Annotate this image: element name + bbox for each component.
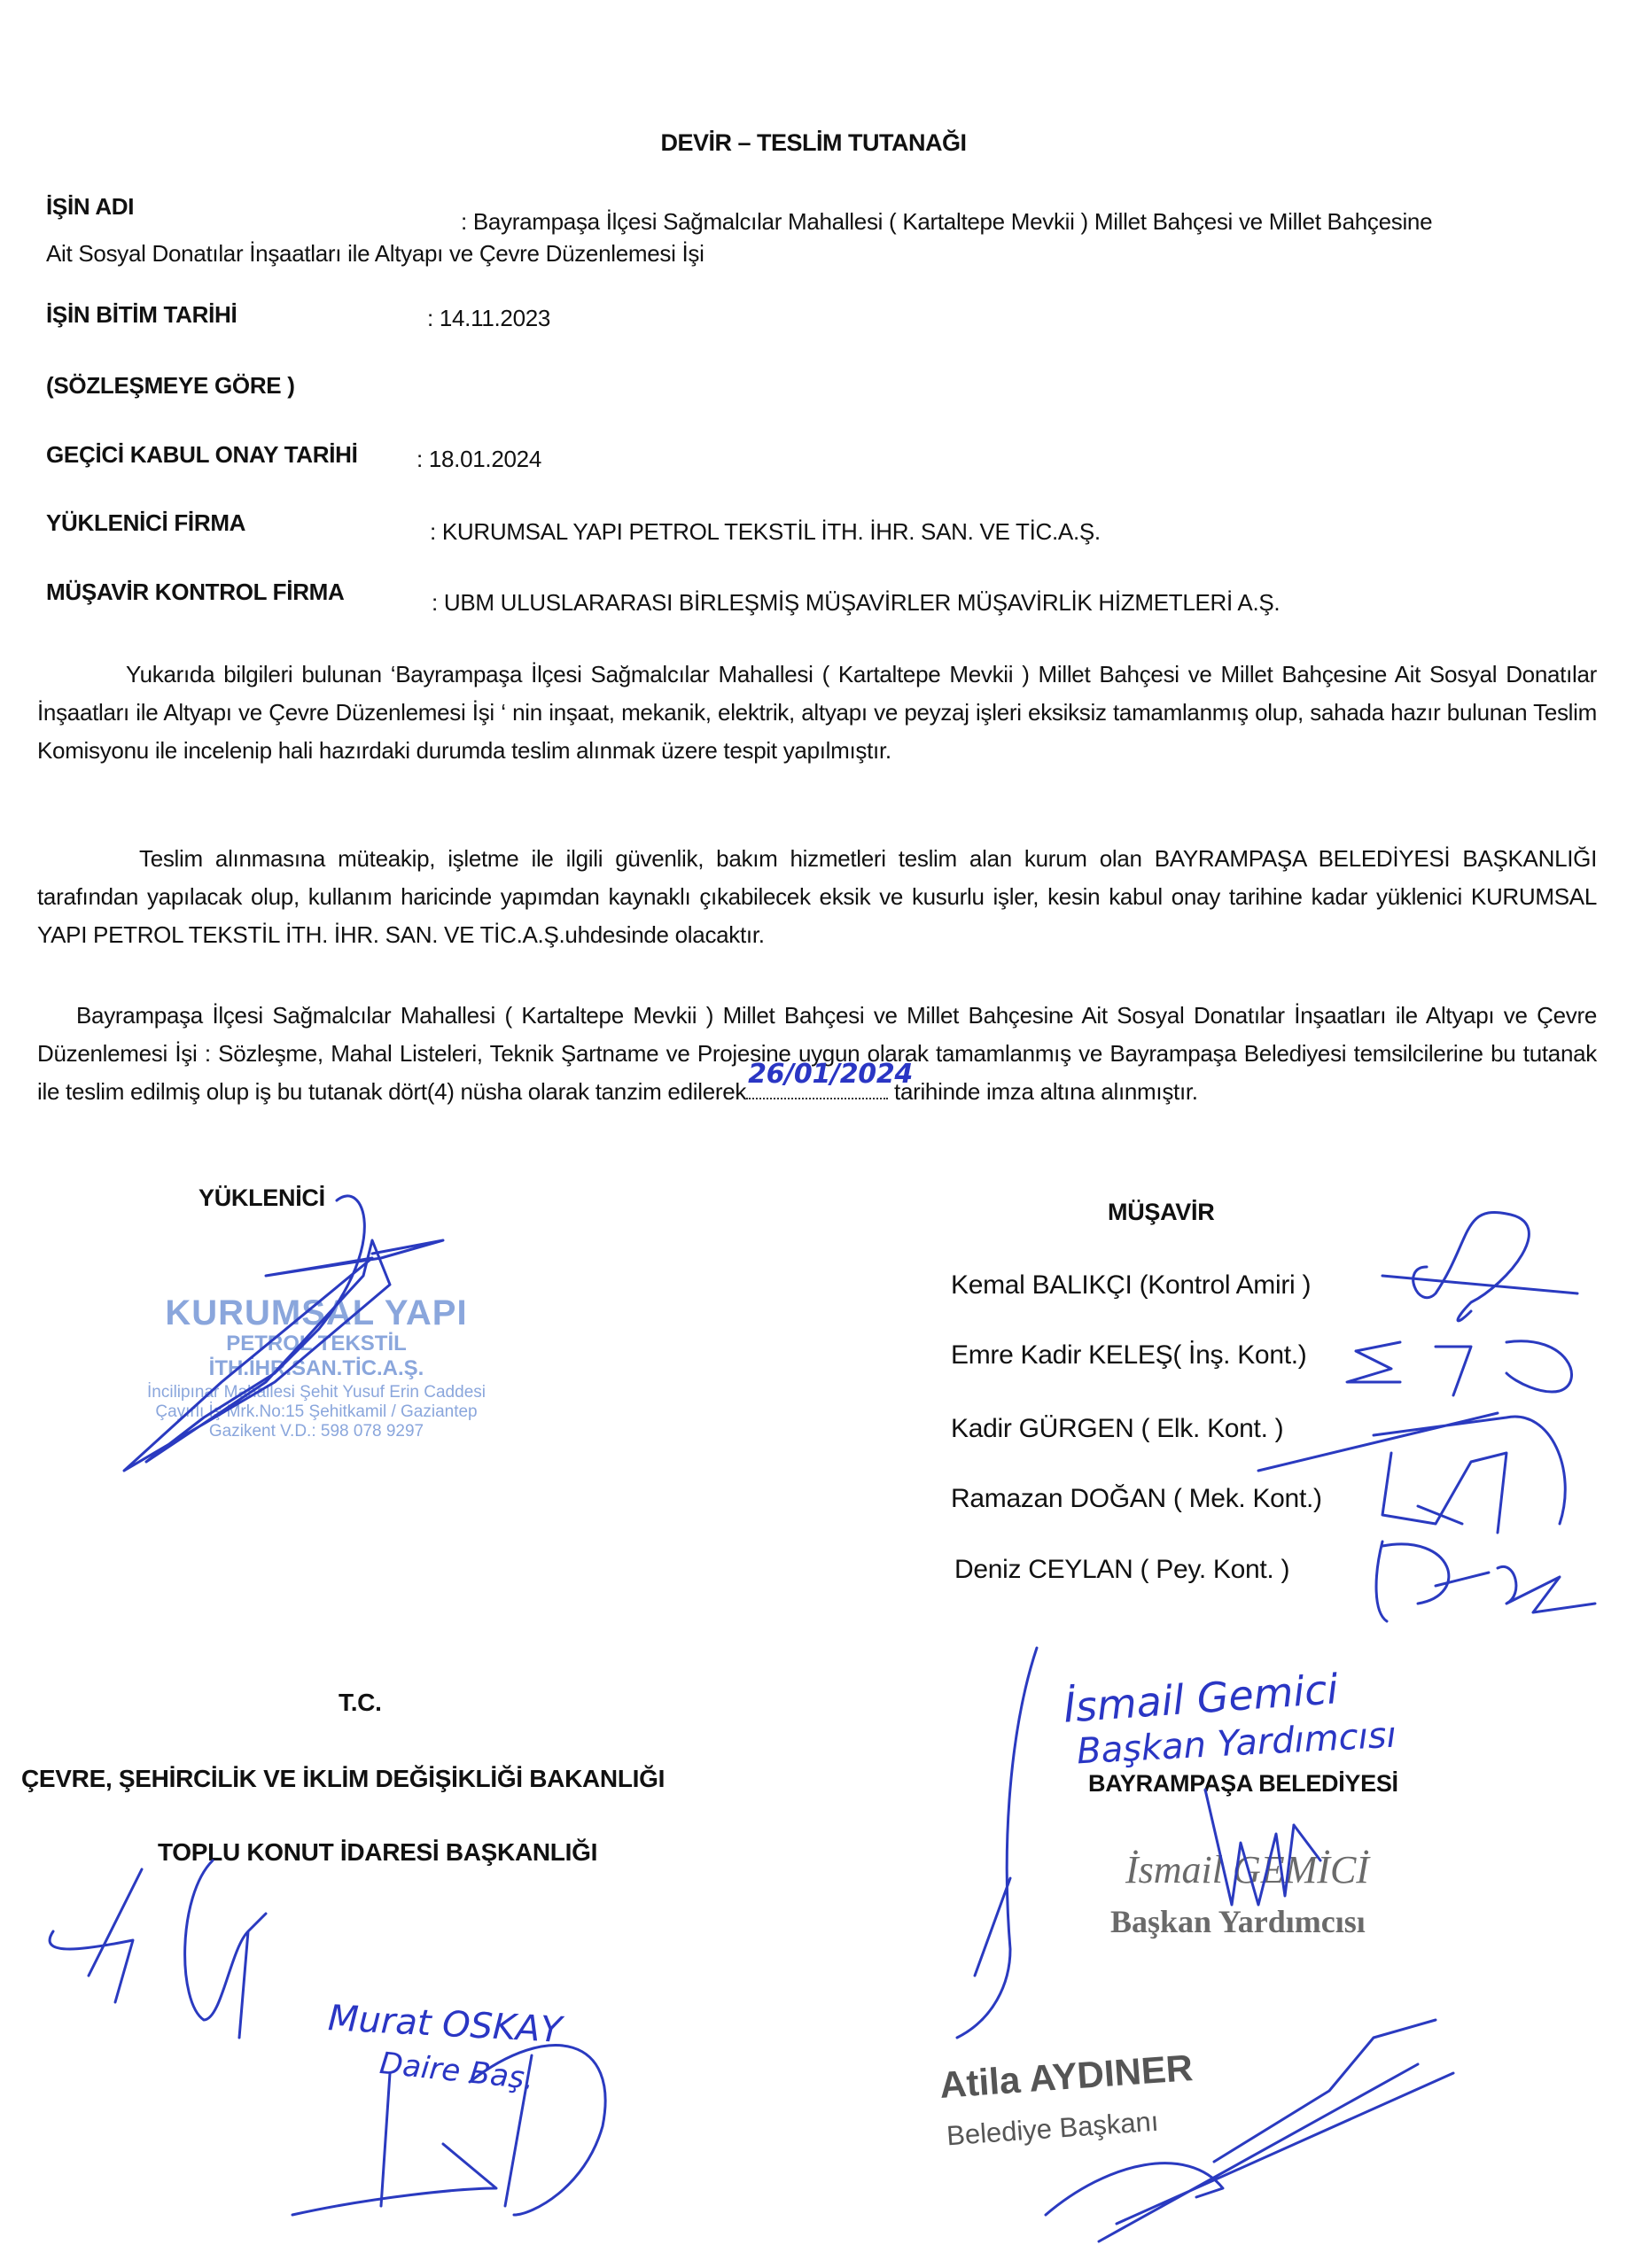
member-name: Ramazan DOĞAN (951, 1484, 1166, 1513)
field-label-consultant: MÜŞAVİR KONTROL FİRMA (46, 579, 345, 606)
consultant-heading: MÜŞAVİR (1108, 1199, 1214, 1226)
signatures-layer (0, 0, 1627, 2268)
stamp-name-aydiner: Atila AYDINER (938, 2047, 1195, 2107)
consultant-member: Emre Kadir KELEŞ( İnş. Kont.) (951, 1340, 1306, 1371)
field-value-consultant: : UBM ULUSLARARASI BİRLEŞMİŞ MÜŞAVİRLER … (432, 589, 1280, 617)
field-label-contractor: YÜKLENİCİ FİRMA (46, 509, 245, 537)
field-value-provisional-acceptance: : 18.01.2024 (416, 446, 541, 473)
ministry-name: ÇEVRE, ŞEHİRCİLİK VE İKLİM DEĞİŞİKLİĞİ B… (21, 1765, 665, 1793)
member-role: ( Mek. Kont.) (1173, 1484, 1322, 1513)
paragraph-3: Bayrampaşa İlçesi Sağmalcılar Mahallesi … (37, 997, 1597, 1111)
consultant-member: Deniz CEYLAN ( Pey. Kont. ) (954, 1555, 1289, 1585)
paragraph-1-text: Yukarıda bilgileri bulunan ‘Bayrampaşa İ… (37, 661, 1597, 764)
signature-emre (1347, 1341, 1572, 1395)
stamp-title-gemici: Başkan Yardımcısı (1110, 1903, 1366, 1940)
consultant-member: Ramazan DOĞAN ( Mek. Kont.) (951, 1484, 1322, 1514)
ministry-department: TOPLU KONUT İDARESİ BAŞKANLIĞI (158, 1838, 597, 1867)
signature-deniz (1376, 1542, 1595, 1621)
stamp-company-name: KURUMSAL YAPI (117, 1293, 516, 1333)
paragraph-1: Yukarıda bilgileri bulunan ‘Bayrampaşa İ… (37, 656, 1597, 770)
field-value-job-name: : Bayrampaşa İlçesi Sağmalcılar Mahalles… (461, 208, 1432, 236)
field-label-job-name: İŞİN ADI (46, 193, 134, 221)
paragraph-2: Teslim alınmasına müteakip, işletme ile … (37, 840, 1597, 954)
member-name: Deniz CEYLAN (954, 1555, 1133, 1584)
stamp-address-1: İncilipınar Mahallesi Şehit Yusuf Erin C… (117, 1383, 516, 1402)
field-label-per-contract: (SÖZLEŞMEYE GÖRE ) (46, 372, 295, 400)
signature-ministry-1 (50, 1869, 142, 2002)
signature-ramazan (1382, 1453, 1506, 1533)
field-label-provisional-acceptance: GEÇİCİ KABUL ONAY TARİHİ (46, 441, 358, 469)
member-role: ( Elk. Kont. ) (1141, 1414, 1284, 1443)
contractor-stamp: KURUMSAL YAPI PETROL TEKSTİL İTH.İHR.SAN… (117, 1293, 516, 1441)
member-name: Kemal BALIKÇI (951, 1270, 1133, 1300)
member-name: Emre Kadir KELEŞ (951, 1340, 1172, 1370)
member-role: ( İnş. Kont.) (1172, 1340, 1306, 1370)
stamp-company-full: PETROL TEKSTİL İTH.İHR.SAN.TİC.A.Ş. (117, 1332, 516, 1381)
field-value-contractor: : KURUMSAL YAPI PETROL TEKSTİL İTH. İHR.… (430, 518, 1101, 546)
signature-ministry-2 (185, 1860, 266, 2038)
stamp-name-gemici: İsmail GEMİCİ (1125, 1847, 1369, 1892)
signing-date-field: 26/01/2024 (746, 1075, 888, 1099)
field-label-end-date: İŞİN BİTİM TARİHİ (46, 301, 237, 329)
paragraph-2-text: Teslim alınmasına müteakip, işletme ile … (37, 845, 1597, 948)
member-role: (Kontrol Amiri ) (1140, 1270, 1312, 1300)
handwritten-name-oskay: Murat OSKAY (327, 1998, 563, 2051)
signature-kemal (1382, 1212, 1577, 1320)
field-value-end-date: : 14.11.2023 (427, 305, 550, 332)
signing-date-handwritten: 26/01/2024 (748, 1055, 913, 1093)
ministry-tc: T.C. (339, 1689, 382, 1717)
paragraph-3-tail: tarihinde imza altına alınmıştır. (894, 1078, 1198, 1105)
stamp-address-2: Çayırlı İş Mrk.No:15 Şehitkamil / Gazian… (117, 1402, 516, 1422)
document-title: DEVİR – TESLİM TUTANAĞI (0, 129, 1627, 157)
contractor-heading: YÜKLENİCİ (199, 1184, 325, 1212)
municipality-heading: BAYRAMPAŞA BELEDİYESİ (1088, 1770, 1398, 1798)
member-role: ( Pey. Kont. ) (1140, 1555, 1290, 1584)
consultant-member: Kadir GÜRGEN ( Elk. Kont. ) (951, 1414, 1283, 1444)
stamp-tax-office: Gazikent V.D.: 598 078 9297 (117, 1422, 516, 1441)
member-name: Kadir GÜRGEN (951, 1414, 1133, 1443)
handwritten-title-daire: Daire Baş. (378, 2046, 535, 2097)
stamp-title-aydiner: Belediye Başkanı (946, 2106, 1159, 2153)
field-value-job-name-cont: Ait Sosyal Donatılar İnşaatları ile Alty… (46, 240, 705, 268)
consultant-member: Kemal BALIKÇI (Kontrol Amiri ) (951, 1270, 1311, 1301)
signature-gemici-long (957, 1648, 1037, 2038)
